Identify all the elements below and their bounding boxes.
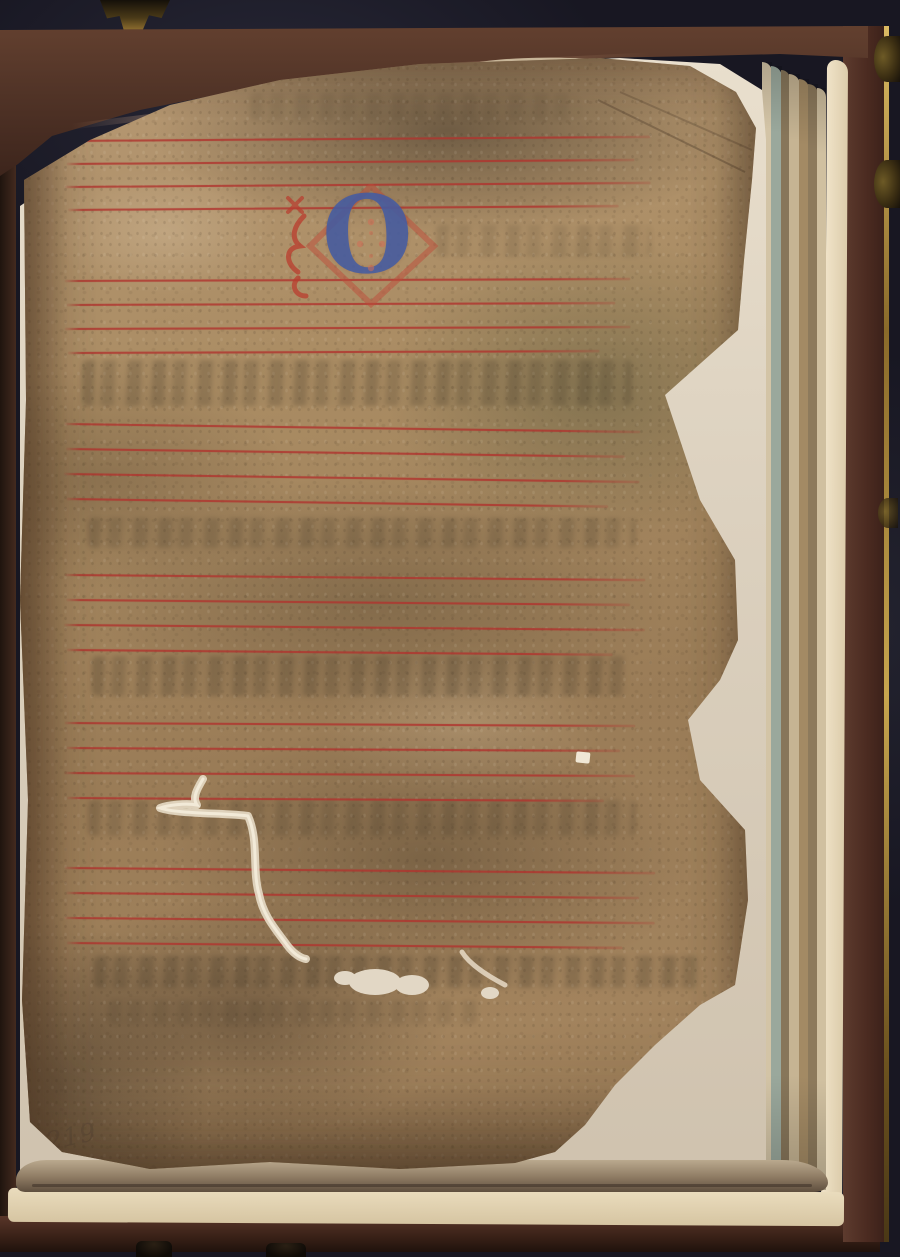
parchment-folio: O 219 — [16, 52, 760, 1174]
book-cover-right — [843, 26, 889, 1242]
flyleaf-edge-bottom — [8, 1188, 844, 1226]
binding-foot — [136, 1241, 172, 1257]
page-edge-seam — [32, 1184, 812, 1187]
book-cover-left-edge — [0, 140, 16, 1226]
gilt-fore-edge — [884, 26, 889, 1242]
binding-foot — [266, 1243, 306, 1257]
brass-clasp — [878, 498, 898, 528]
folio-edge-shading — [16, 52, 760, 1174]
manuscript-photo: O 219 — [0, 0, 900, 1257]
page-edge — [817, 88, 826, 1190]
brass-clasp — [874, 36, 900, 82]
brass-clasp — [874, 160, 900, 208]
